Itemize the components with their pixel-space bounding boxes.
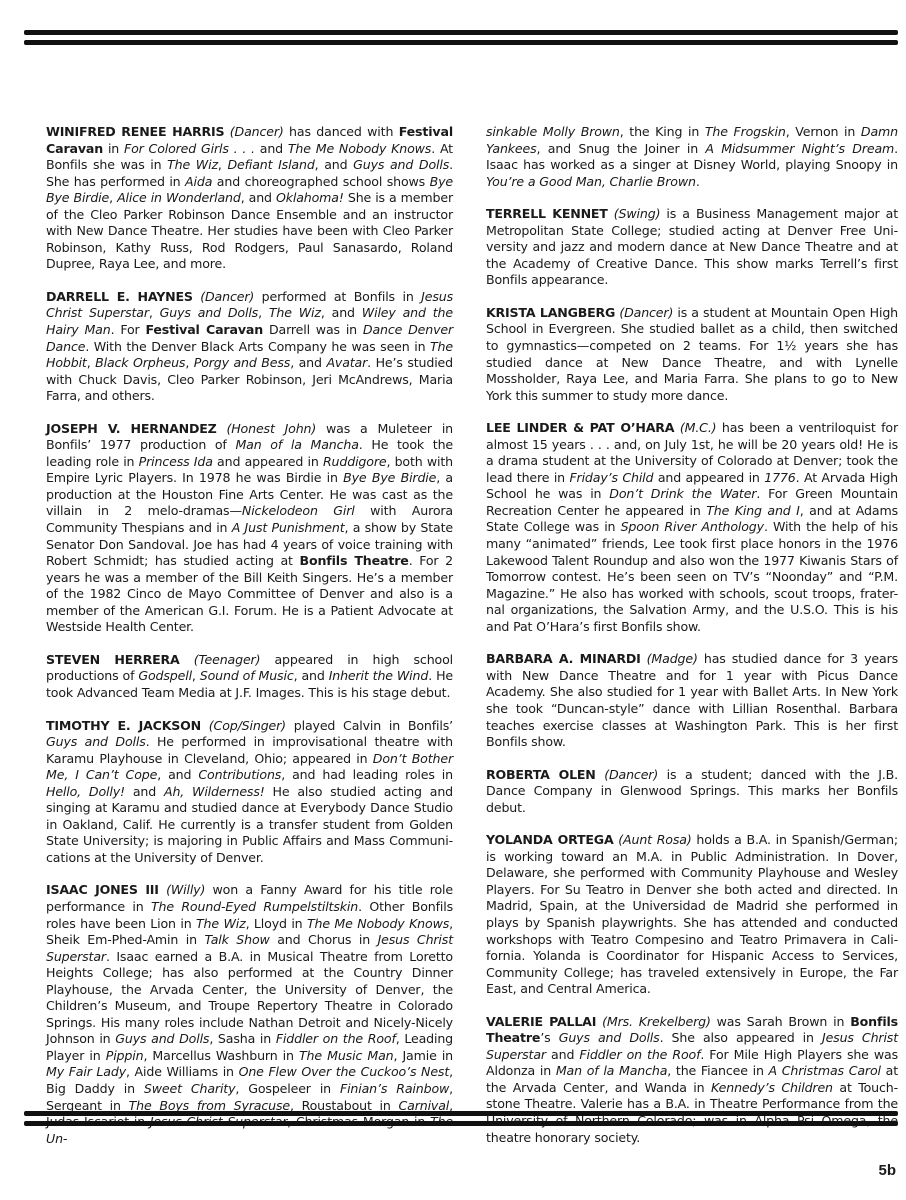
title-italic: Guys and Dolls bbox=[46, 734, 146, 749]
bio-text: , and had leading roles in bbox=[281, 767, 453, 782]
bio-text: . With the Denver Black Arts Company he … bbox=[85, 339, 430, 354]
title-italic: My Fair Lady bbox=[46, 1064, 126, 1079]
bottom-rule-lower bbox=[24, 1121, 898, 1126]
role-label: (Mrs. Krekelberg) bbox=[602, 1014, 711, 1029]
bio-lee-linder-pat-o-hara: LEE LINDER & PAT O’HARA (M.C.) has been … bbox=[486, 420, 898, 635]
title-italic: Guys and Dolls bbox=[559, 1030, 660, 1045]
bio-text: in bbox=[103, 141, 124, 156]
bio-text: , the Fiancee in bbox=[667, 1063, 768, 1078]
bio-yolanda-ortega: YOLANDA ORTEGA (Aunt Rosa) holds a B.A. … bbox=[486, 832, 898, 997]
title-italic: Man of la Mancha bbox=[556, 1063, 667, 1078]
title-italic: The Wiz bbox=[196, 916, 246, 931]
role-label: (Willy) bbox=[166, 882, 205, 897]
bio-text: holds a B.A. in Spanish/German; is worki… bbox=[486, 832, 898, 996]
bio-roberta-olen: ROBERTA OLEN (Dancer) is a student; danc… bbox=[486, 767, 898, 817]
bio-winifred-renee-harris: WINIFRED RENEE HARRIS (Dancer) has dance… bbox=[46, 124, 453, 273]
title-italic: Ruddigore bbox=[323, 454, 387, 469]
title-italic: Sound of Music bbox=[200, 668, 294, 683]
bio-text: and appeared in bbox=[653, 470, 764, 485]
bio-text: , Jamie in bbox=[393, 1048, 453, 1063]
performer-name: ROBERTA OLEN bbox=[486, 767, 596, 782]
bio-text: , the King in bbox=[620, 124, 705, 139]
title-italic: sinkable Molly Brown bbox=[486, 124, 620, 139]
title-italic: Fiddler on the Roof bbox=[276, 1031, 396, 1046]
title-italic: For Colored Girls . . . bbox=[124, 141, 255, 156]
role-label: (Swing) bbox=[614, 206, 661, 221]
performer-name: BARBARA A. MINARDI bbox=[486, 651, 641, 666]
bio-joseph-v-hernandez: JOSEPH V. HERNANDEZ (Honest John) was a … bbox=[46, 421, 453, 636]
title-italic: The Me Nobody Knows bbox=[307, 916, 449, 931]
title-italic: Contributions bbox=[198, 767, 281, 782]
bio-text: , bbox=[258, 305, 269, 320]
bio-text: , and bbox=[241, 190, 276, 205]
role-label: (Dancer) bbox=[619, 305, 673, 320]
title-italic: The Wiz bbox=[269, 305, 321, 320]
title-italic: Porgy and Bess bbox=[194, 355, 290, 370]
title-italic: Finian’s Rainbow bbox=[340, 1081, 449, 1096]
title-italic: One Flew Over the Cuckoo’s Nest bbox=[239, 1064, 450, 1079]
performer-name: TERRELL KENNET bbox=[486, 206, 608, 221]
bio-text: and bbox=[125, 784, 164, 799]
title-italic: The Me Nobody Knows bbox=[288, 141, 431, 156]
bio-text: , and bbox=[315, 157, 353, 172]
title-italic: Inherit the Wind bbox=[329, 668, 429, 683]
performer-name: ISAAC JONES III bbox=[46, 882, 159, 897]
bio-text: . For bbox=[111, 322, 146, 337]
role-label: (Dancer) bbox=[604, 767, 658, 782]
bio-steven-herrera: STEVEN HERRERA (Teenager) appeared in hi… bbox=[46, 652, 453, 702]
title-italic: Alice in Wonderland bbox=[117, 190, 241, 205]
title-italic: Pippin bbox=[106, 1048, 144, 1063]
bio-krista-langberg: KRISTA LANGBERG (Dancer) is a student at… bbox=[486, 305, 898, 404]
bio-text: , bbox=[192, 668, 200, 683]
performer-name: KRISTA LANGBERG bbox=[486, 305, 615, 320]
title-italic: Godspell bbox=[138, 668, 192, 683]
bio-isaac-jones-iii: ISAAC JONES III (Willy) won a Fanny Awar… bbox=[46, 882, 453, 1147]
title-italic: Sweet Charity bbox=[144, 1081, 235, 1096]
bottom-rule-upper bbox=[24, 1111, 898, 1116]
bio-text: , Sasha in bbox=[209, 1031, 275, 1046]
bio-barbara-a-minardi: BARBARA A. MINARDI (Madge) has studied d… bbox=[486, 651, 898, 750]
top-rule-lower bbox=[24, 40, 898, 45]
title-italic: The Frogskin bbox=[705, 124, 786, 139]
bio-text: and appeared in bbox=[213, 454, 323, 469]
bio-text: and bbox=[546, 1047, 579, 1062]
title-italic: The Music Man bbox=[299, 1048, 393, 1063]
bio-text: was Sarah Brown in bbox=[711, 1014, 851, 1029]
top-rule-upper bbox=[24, 30, 898, 35]
title-italic: You’re a Good Man, Charlie Brown bbox=[486, 174, 696, 189]
performer-name: JOSEPH V. HERNANDEZ bbox=[46, 421, 217, 436]
title-italic: Fiddler on the Roof bbox=[579, 1047, 700, 1062]
role-label: (Teenager) bbox=[194, 652, 261, 667]
title-italic: Guys and Dolls bbox=[353, 157, 449, 172]
title-italic: Guys and Dolls bbox=[115, 1031, 209, 1046]
performer-name: VALERIE PALLAI bbox=[486, 1014, 596, 1029]
page-number: 5b bbox=[878, 1162, 896, 1179]
bio-text: . She also appeared in bbox=[660, 1030, 822, 1045]
bio-text: , bbox=[149, 305, 160, 320]
performer-name: WINIFRED RENEE HARRIS bbox=[46, 124, 224, 139]
performer-name: YOLANDA ORTEGA bbox=[486, 832, 614, 847]
role-label: (Dancer) bbox=[200, 289, 254, 304]
title-italic: A Just Punishment bbox=[232, 520, 345, 535]
bio-text: , and bbox=[157, 767, 198, 782]
bio-terrell-kennet: TERRELL KENNET (Swing) is a Business Man… bbox=[486, 206, 898, 289]
bio-text: , bbox=[87, 355, 95, 370]
title-italic: Don’t Drink the Water bbox=[609, 486, 756, 501]
performer-name: TIMOTHY E. JACKSON bbox=[46, 718, 201, 733]
bio-text: played Calvin in Bonfils’ bbox=[286, 718, 453, 733]
performer-name: DARRELL E. HAYNES bbox=[46, 289, 193, 304]
title-italic: Nickelodeon Girl bbox=[242, 503, 355, 518]
title-italic: Man of la Mancha bbox=[235, 437, 358, 452]
bio-text: , and Snug the Joiner in bbox=[537, 141, 706, 156]
title-italic: The Round-Eyed Rumpelstiltskin bbox=[151, 899, 358, 914]
title-italic: Spoon River Anthology bbox=[621, 519, 764, 534]
role-label: (Cop/Singer) bbox=[209, 718, 286, 733]
bio-text: and bbox=[255, 141, 288, 156]
title-italic: Black Orpheus bbox=[95, 355, 185, 370]
title-italic: Friday’s Child bbox=[569, 470, 653, 485]
title-italic: Oklahoma! bbox=[276, 190, 344, 205]
role-label: (Madge) bbox=[647, 651, 698, 666]
role-label: (M.C.) bbox=[680, 420, 717, 435]
bio-text: Darrell was in bbox=[263, 322, 363, 337]
bold-org-name: Bonfils Theatre bbox=[300, 553, 409, 568]
bio-text: , Marcellus Washburn in bbox=[143, 1048, 299, 1063]
role-label: (Aunt Rosa) bbox=[618, 832, 691, 847]
bio-text: . bbox=[696, 174, 700, 189]
bio-darrell-e-haynes: DARRELL E. HAYNES (Dancer) performed at … bbox=[46, 289, 453, 405]
bio-text: and Chorus in bbox=[270, 932, 378, 947]
bio-timothy-e-jackson: TIMOTHY E. JACKSON (Cop/Singer) played C… bbox=[46, 718, 453, 867]
bio-text: , bbox=[109, 190, 117, 205]
bold-org-name: Festival Caravan bbox=[145, 322, 263, 337]
right-column: sinkable Molly Brown, the King in The Fr… bbox=[486, 124, 898, 1162]
bio-text: has danced with bbox=[284, 124, 399, 139]
performer-name: LEE LINDER & PAT O’HARA bbox=[486, 420, 674, 435]
title-italic: The King and I bbox=[706, 503, 800, 518]
bio-text: , and bbox=[321, 305, 362, 320]
bio-continuation: sinkable Molly Brown, the King in The Fr… bbox=[486, 124, 898, 190]
left-column: WINIFRED RENEE HARRIS (Dancer) has dance… bbox=[46, 124, 453, 1163]
title-italic: Aida bbox=[185, 174, 212, 189]
bio-text: , Aide Williams in bbox=[126, 1064, 239, 1079]
bio-text: , Lloyd in bbox=[246, 916, 307, 931]
title-italic: Avatar bbox=[326, 355, 367, 370]
bio-text: ’s bbox=[540, 1030, 558, 1045]
title-italic: A Christmas Carol bbox=[769, 1063, 881, 1078]
title-italic: Guys and Dolls bbox=[160, 305, 258, 320]
title-italic: Defiant Island bbox=[227, 157, 314, 172]
title-italic: Talk Show bbox=[204, 932, 269, 947]
title-italic: Princess Ida bbox=[139, 454, 213, 469]
bio-text: , Gospeleer in bbox=[235, 1081, 340, 1096]
bio-text: , bbox=[185, 355, 193, 370]
role-label: (Honest John) bbox=[226, 421, 316, 436]
title-italic: Ah, Wilderness! bbox=[164, 784, 265, 799]
title-italic: Bye Bye Birdie bbox=[343, 470, 436, 485]
title-italic: Hello, Dolly! bbox=[46, 784, 125, 799]
bio-text: , Vernon in bbox=[786, 124, 861, 139]
bio-text: . With the help of his many “animated” f… bbox=[486, 519, 898, 633]
bio-valerie-pallai: VALERIE PALLAI (Mrs. Krekelberg) was Sar… bbox=[486, 1014, 898, 1146]
title-italic: Kennedy’s Children bbox=[711, 1080, 833, 1095]
title-italic: 1776 bbox=[764, 470, 795, 485]
bio-text: and choreographed school shows bbox=[212, 174, 429, 189]
title-italic: A Midsummer Night’s Dream bbox=[705, 141, 894, 156]
bio-text: , and bbox=[294, 668, 329, 683]
performer-name: STEVEN HERRERA bbox=[46, 652, 180, 667]
bio-text: , and bbox=[290, 355, 326, 370]
bio-text: performed at Bonfils in bbox=[254, 289, 421, 304]
role-label: (Dancer) bbox=[230, 124, 284, 139]
title-italic: The Wiz bbox=[167, 157, 218, 172]
